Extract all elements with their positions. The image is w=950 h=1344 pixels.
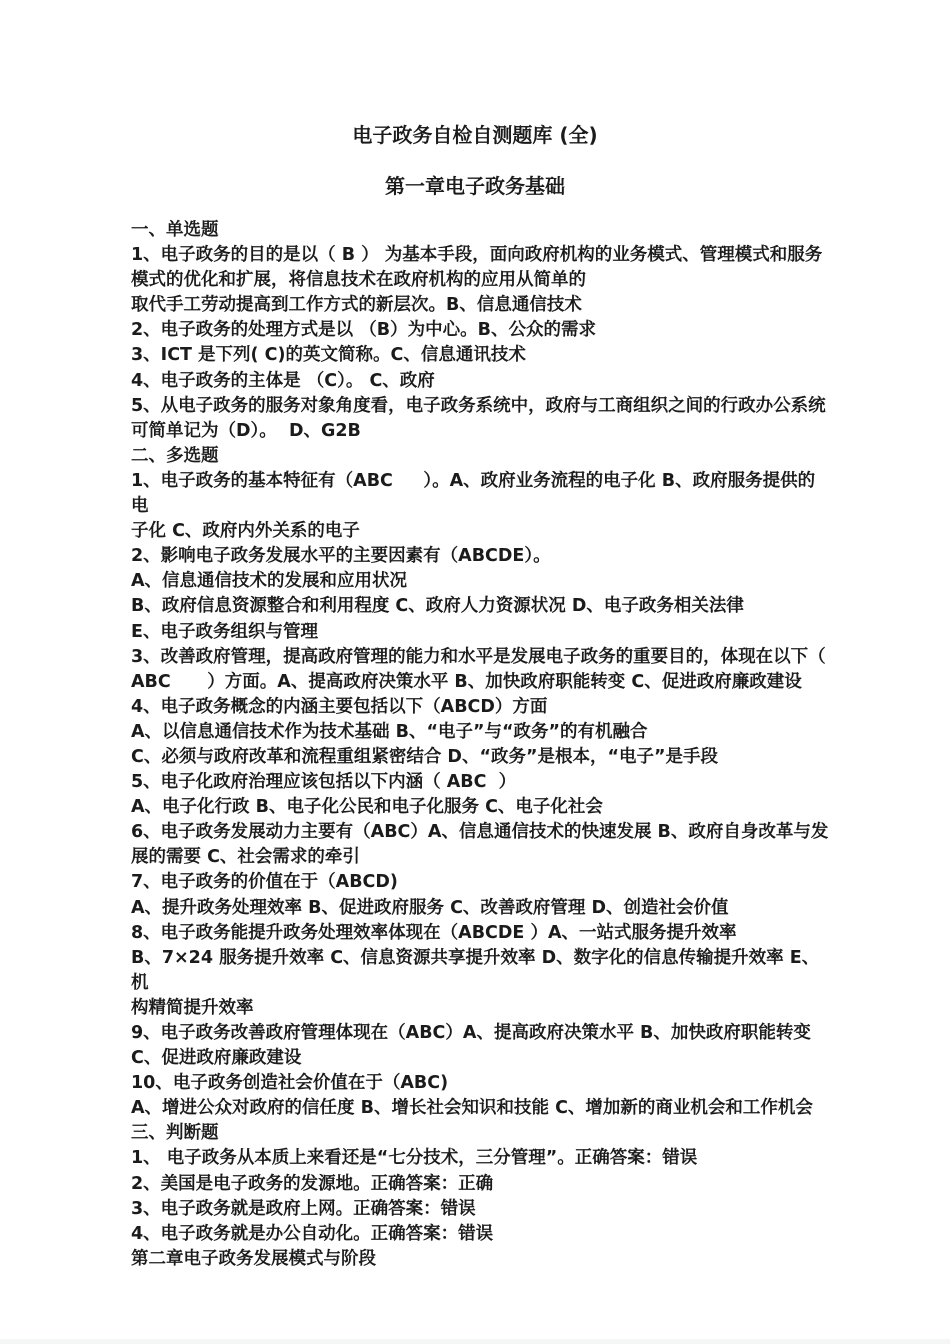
document-body: 一、单选题1、电子政务的目的是以（ B ） 为基本手段，面向政府机构的业务模式、… xyxy=(131,218,832,1272)
text-line: 1、 电子政务从本质上来看还是“七分技术，三分管理”。正确答案：错误 xyxy=(131,1146,832,1171)
document-page: 电子政务自检自测题库 (全) 第一章电子政务基础 一、单选题1、电子政务的目的是… xyxy=(0,0,950,1344)
text-line: E、电子政务组织与管理 xyxy=(131,620,832,645)
text-line: 5、从电子政务的服务对象角度看，电子政务系统中，政府与工商组织之间的行政办公系统 xyxy=(131,394,832,419)
text-line: 3、改善政府管理，提高政府管理的能力和水平是发展电子政务的重要目的，体现在以下（ xyxy=(131,645,832,670)
text-line: 3、ICT 是下列( C)的英文简称。C、信息通讯技术 xyxy=(131,343,832,368)
text-line: B、7×24 服务提升效率 C、信息资源共享提升效率 D、数字化的信息传输提升效… xyxy=(131,946,832,996)
page-bottom-edge xyxy=(0,1339,950,1344)
text-line: 4、电子政务概念的内涵主要包括以下（ABCD）方面 xyxy=(131,695,832,720)
next-chapter-heading: 第二章电子政务发展模式与阶段 xyxy=(131,1247,832,1272)
text-line: 10、电子政务创造社会价值在于（ABC) xyxy=(131,1071,832,1096)
text-line: 构精简提升效率 xyxy=(131,996,832,1021)
text-line: 9、电子政务改善政府管理体现在（ABC）A、提高政府决策水平 B、加快政府职能转… xyxy=(131,1021,832,1046)
text-line: A、电子化行政 B、电子化公民和电子化服务 C、电子化社会 xyxy=(131,795,832,820)
document-title: 电子政务自检自测题库 (全) xyxy=(0,0,950,148)
text-line: 1、电子政务的基本特征有（ABC ）。A、政府业务流程的电子化 B、政府服务提供… xyxy=(131,469,832,519)
text-line: 2、影响电子政务发展水平的主要因素有（ABCDE）。 xyxy=(131,544,832,569)
chapter-heading: 第一章电子政务基础 xyxy=(0,173,950,199)
text-line: ABC ）方面。A、提高政府决策水平 B、加快政府职能转变 C、促进政府廉政建设 xyxy=(131,670,832,695)
text-line: C、必须与政府改革和流程重组紧密结合 D、“政务”是根本，“电子”是手段 xyxy=(131,745,832,770)
text-line: 子化 C、政府内外关系的电子 xyxy=(131,519,832,544)
section-heading: 二、多选题 xyxy=(131,444,832,469)
text-line: 6、电子政务发展动力主要有（ABC）A、信息通信技术的快速发展 B、政府自身改革… xyxy=(131,820,832,845)
text-line: 2、美国是电子政务的发源地。正确答案：正确 xyxy=(131,1172,832,1197)
text-line: B、政府信息资源整合和利用程度 C、政府人力资源状况 D、电子政务相关法律 xyxy=(131,594,832,619)
text-line: 可简单记为（D）。 D、G2B xyxy=(131,419,832,444)
text-line: 4、电子政务的主体是 （C）。 C、政府 xyxy=(131,369,832,394)
text-line: A、信息通信技术的发展和应用状况 xyxy=(131,569,832,594)
text-line: 展的需要 C、社会需求的牵引 xyxy=(131,845,832,870)
section-heading: 三、判断题 xyxy=(131,1121,832,1146)
text-line: 模式的优化和扩展，将信息技术在政府机构的应用从简单的 xyxy=(131,268,832,293)
text-line: 7、电子政务的价值在于（ABCD) xyxy=(131,870,832,895)
text-line: A、以信息通信技术作为技术基础 B、“电子”与“政务”的有机融合 xyxy=(131,720,832,745)
text-line: 5、电子化政府治理应该包括以下内涵（ ABC ） xyxy=(131,770,832,795)
text-line: A、增进公众对政府的信任度 B、增长社会知识和技能 C、增加新的商业机会和工作机… xyxy=(131,1096,832,1121)
text-line: 2、电子政务的处理方式是以 （B）为中心。B、公众的需求 xyxy=(131,318,832,343)
text-line: 4、电子政务就是办公自动化。正确答案：错误 xyxy=(131,1222,832,1247)
text-line: 8、电子政务能提升政务处理效率体现在（ABCDE ）A、一站式服务提升效率 xyxy=(131,921,832,946)
section-heading: 一、单选题 xyxy=(131,218,832,243)
text-line: C、促进政府廉政建设 xyxy=(131,1046,832,1071)
text-line: 取代手工劳动提高到工作方式的新层次。B、信息通信技术 xyxy=(131,293,832,318)
text-line: 3、电子政务就是政府上网。正确答案：错误 xyxy=(131,1197,832,1222)
text-line: 1、电子政务的目的是以（ B ） 为基本手段，面向政府机构的业务模式、管理模式和… xyxy=(131,243,832,268)
text-line: A、提升政务处理效率 B、促进政府服务 C、改善政府管理 D、创造社会价值 xyxy=(131,896,832,921)
